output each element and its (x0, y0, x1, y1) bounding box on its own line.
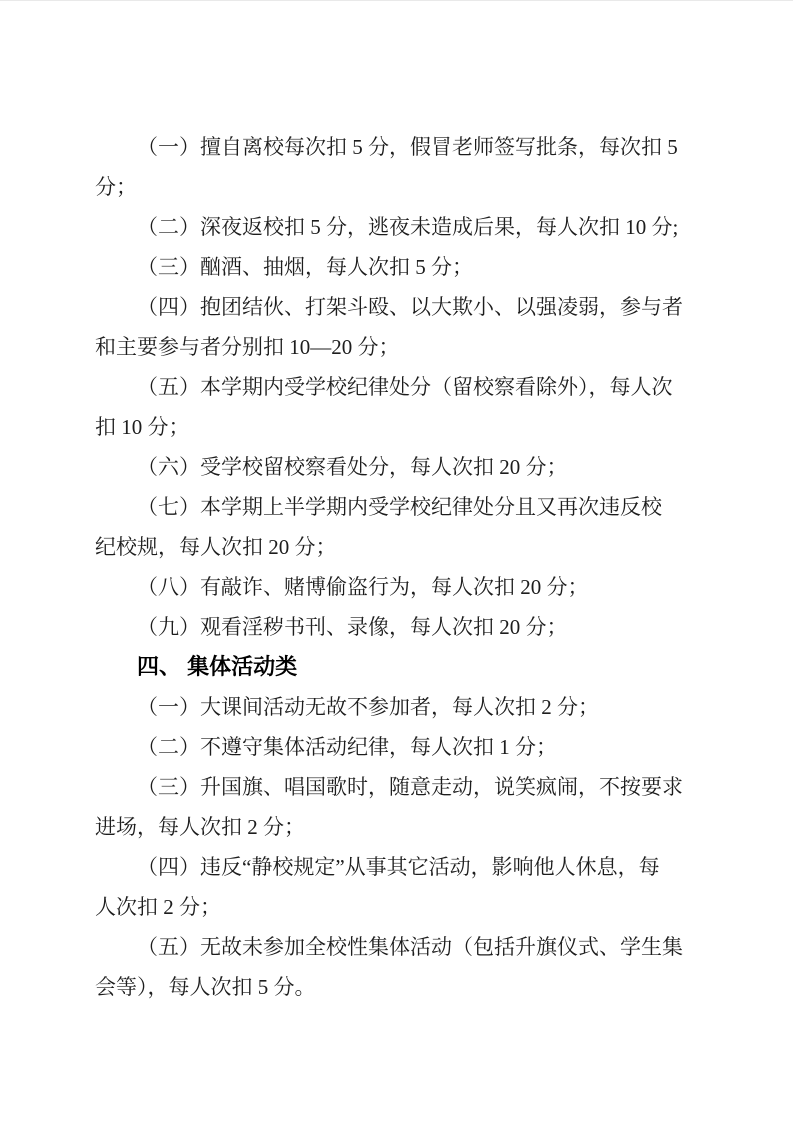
text-line: （三）升国旗、唱国歌时，随意走动，说笑疯闹，不按要求 (95, 767, 755, 807)
text-line: （五）无故未参加全校性集体活动（包括升旗仪式、学生集 (95, 927, 755, 967)
text-line: （九）观看淫秽书刊、录像，每人次扣 20 分； (95, 607, 755, 647)
text-line: （四）违反“静校规定”从事其它活动，影响他人休息，每 (95, 847, 755, 887)
text-line: （四）抱团结伙、打架斗殴、以大欺小、以强凌弱，参与者 (95, 287, 755, 327)
text-line: （二）不遵守集体活动纪律，每人次扣 1 分； (95, 727, 755, 767)
text-line: （七）本学期上半学期内受学校纪律处分且又再次违反校 (95, 487, 755, 527)
text-line: 扣 10 分； (95, 407, 755, 447)
document-body: （一）擅自离校每次扣 5 分，假冒老师签写批条，每次扣 5分；（二）深夜返校扣 … (95, 127, 755, 1007)
text-line: （一）擅自离校每次扣 5 分，假冒老师签写批条，每次扣 5 (95, 127, 755, 167)
text-line: 人次扣 2 分； (95, 887, 755, 927)
text-line: （一）大课间活动无故不参加者，每人次扣 2 分； (95, 687, 755, 727)
text-line: （五）本学期内受学校纪律处分（留校察看除外），每人次 (95, 367, 755, 407)
text-line: （三）酗酒、抽烟，每人次扣 5 分； (95, 247, 755, 287)
text-line: 分； (95, 167, 755, 207)
text-line: （二）深夜返校扣 5 分，逃夜未造成后果，每人次扣 10 分; (95, 207, 755, 247)
text-line: 纪校规，每人次扣 20 分； (95, 527, 755, 567)
text-line: 和主要参与者分别扣 10—20 分； (95, 327, 755, 367)
text-line: （六）受学校留校察看处分，每人次扣 20 分； (95, 447, 755, 487)
text-line: 会等），每人次扣 5 分。 (95, 967, 755, 1007)
document-page: （一）擅自离校每次扣 5 分，假冒老师签写批条，每次扣 5分；（二）深夜返校扣 … (0, 0, 793, 1122)
text-line: （八）有敲诈、赌博偷盗行为，每人次扣 20 分； (95, 567, 755, 607)
section-heading: 四、 集体活动类 (95, 647, 755, 687)
text-line: 进场，每人次扣 2 分； (95, 807, 755, 847)
